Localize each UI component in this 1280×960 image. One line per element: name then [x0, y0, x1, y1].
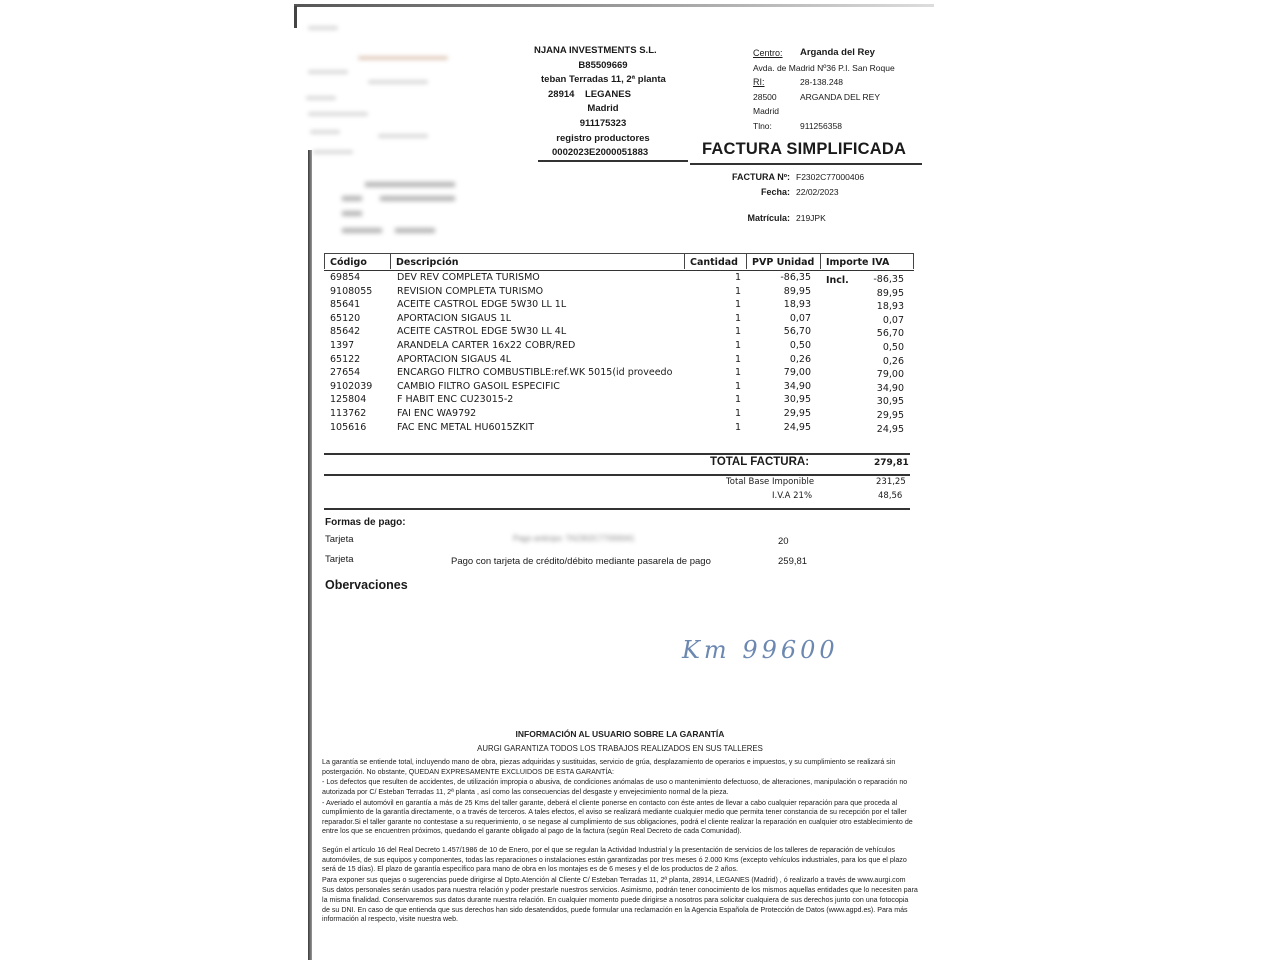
centro-phone: 911256358 [800, 119, 842, 134]
scan-edge-top [294, 4, 934, 7]
item-quantity: 1 [719, 325, 741, 339]
total-rule-bottom [324, 474, 910, 476]
item-quantity: 1 [719, 271, 741, 285]
item-code: 1397 [330, 339, 354, 353]
guarantee-section: INFORMACIÓN AL USUARIO SOBRE LA GARANTÍA… [322, 730, 918, 926]
item-code: 27654 [330, 366, 360, 380]
item-code: 105616 [330, 421, 366, 435]
item-unit-price: 79,00 [749, 366, 811, 380]
item-unit-price: 24,95 [749, 421, 811, 435]
total-amount: 279,81 [874, 458, 909, 468]
item-description: CAMBIO FILTRO GASOIL ESPECIFIC [397, 380, 560, 394]
total-label: TOTAL FACTURA: [710, 456, 809, 468]
table-row: 9108055REVISION COMPLETA TURISMO189,9589… [324, 285, 914, 299]
company-block: NJANA INVESTMENTS S.L. B85509669 teban T… [538, 44, 668, 161]
totals-block: TOTAL FACTURA: 279,81 [324, 450, 914, 476]
item-description: ARANDELA CARTER 16x22 COBR/RED [397, 339, 575, 353]
payment-amount: 259,81 [778, 556, 807, 567]
handwritten-mileage-note: Km 99600 [682, 636, 839, 664]
item-description: REVISION COMPLETA TURISMO [397, 285, 543, 299]
centro-postal-code: 28500 [753, 90, 800, 105]
blurred-underlying-sheet [298, 8, 538, 158]
company-registry-label: registro productores [538, 132, 668, 147]
centro-ri: 28-138.248 [800, 75, 843, 90]
privacy-paragraph: Sus datos personales serán usados para n… [322, 886, 918, 924]
col-header-unit-price: PVP Unidad [746, 253, 820, 269]
item-code: 113762 [330, 407, 366, 421]
payment-description-redacted: Pago anticipo: TA2302C77000041 [513, 534, 635, 543]
payment-heading: Formas de pago: [325, 517, 825, 528]
item-unit-price: -86,35 [749, 271, 811, 285]
guarantee-paragraph: La garantía se entiende total, incluyend… [322, 758, 918, 777]
item-unit-price: 56,70 [749, 325, 811, 339]
item-unit-price: 0,07 [749, 312, 811, 326]
item-quantity: 1 [719, 380, 741, 394]
payment-row: Tarjeta Pago con tarjeta de crédito/débi… [325, 554, 825, 574]
tax-rule-bottom [324, 508, 910, 510]
table-row: 27654ENCARGO FILTRO COMBUSTIBLE:ref.WK 5… [324, 366, 914, 380]
item-quantity: 1 [719, 393, 741, 407]
centro-ri-label: RI: [753, 75, 800, 90]
table-row: 69854DEV REV COMPLETA TURISMO1-86,35-86,… [324, 271, 914, 285]
table-row: 85642ACEITE CASTROL EDGE 5W30 LL 4L156,7… [324, 325, 914, 339]
item-description: APORTACION SIGAUS 4L [397, 353, 511, 367]
customer-info-redacted [340, 180, 470, 240]
table-row: 65122APORTACION SIGAUS 4L10,260,26 [324, 353, 914, 367]
invoice-number-label: FACTURA Nº: [700, 170, 796, 185]
item-code: 65120 [330, 312, 360, 326]
company-cif: B85509669 [538, 59, 668, 74]
item-description: ENCARGO FILTRO COMBUSTIBLE:ref.WK 5015(i… [397, 366, 672, 380]
item-unit-price: 0,50 [749, 339, 811, 353]
centro-label: Centro: [753, 46, 800, 61]
observations-heading: Obervaciones [325, 578, 408, 592]
company-address: teban Terradas 11, 2ª planta [541, 73, 668, 88]
item-unit-price: 0,26 [749, 353, 811, 367]
plate-label: Matrícula: [700, 211, 796, 226]
company-registry-number: 0002023E2000051883 [552, 146, 668, 161]
table-row: 105616FAC ENC METAL HU6015ZKIT124,9524,9… [324, 421, 914, 435]
payment-description: Pago con tarjeta de crédito/débito media… [451, 556, 711, 567]
table-row: 65120APORTACION SIGAUS 1L10,070,07 [324, 312, 914, 326]
item-quantity: 1 [719, 366, 741, 380]
header-rule-left [538, 160, 688, 162]
item-quantity: 1 [719, 407, 741, 421]
payment-row: Tarjeta Pago anticipo: TA2302C77000041 2… [325, 534, 825, 554]
base-label: Total Base Imponible [726, 477, 814, 487]
tax-breakdown: Total Base Imponible 231,25 I.V.A 21% 48… [324, 477, 914, 505]
iva-label: I.V.A 21% [772, 491, 812, 501]
guarantee-title: INFORMACIÓN AL USUARIO SOBRE LA GARANTÍA [322, 730, 918, 740]
scan-edge-left [308, 150, 312, 960]
iva-amount: 48,56 [878, 491, 902, 501]
centro-block: Centro:Arganda del Rey Avda. de Madrid N… [753, 46, 895, 134]
guarantee-paragraph: - Averiado el automóvil en garantía a má… [322, 799, 918, 837]
payment-method: Tarjeta [325, 534, 354, 545]
complaints-paragraph: Para exponer sus quejas o sugerencias pu… [322, 876, 918, 886]
col-header-total: Importe IVA Incl. [820, 253, 914, 269]
col-header-quantity: Cantidad [684, 253, 746, 269]
guarantee-paragraph: Según el artículo 16 del Real Decreto 1.… [322, 846, 918, 875]
invoice-date-label: Fecha: [700, 185, 796, 200]
company-city: LEGANES [585, 89, 631, 100]
item-description: FAC ENC METAL HU6015ZKIT [397, 421, 534, 435]
table-row: 1397ARANDELA CARTER 16x22 COBR/RED10,500… [324, 339, 914, 353]
item-code: 125804 [330, 393, 366, 407]
centro-city: ARGANDA DEL REY [800, 90, 880, 105]
item-code: 69854 [330, 271, 360, 285]
plate-number: 219JPK [796, 211, 826, 226]
scan-edge-left-top [294, 6, 297, 28]
company-province: Madrid [538, 102, 668, 117]
company-city-line: 28914 LEGANES [548, 88, 668, 103]
item-description: F HABIT ENC CU23015-2 [397, 393, 513, 407]
centro-phone-label: Tlno: [753, 119, 800, 134]
document-title: FACTURA SIMPLIFICADA [702, 140, 906, 159]
item-code: 9102039 [330, 380, 372, 394]
item-quantity: 1 [719, 312, 741, 326]
item-code: 85642 [330, 325, 360, 339]
invoice-meta: FACTURA Nº:F2302C77000406 Fecha:22/02/20… [700, 170, 864, 226]
col-header-description: Descripción [390, 253, 684, 269]
item-quantity: 1 [719, 298, 741, 312]
item-quantity: 1 [719, 285, 741, 299]
payment-method: Tarjeta [325, 554, 354, 565]
item-total: 24,95 [834, 423, 904, 437]
item-unit-price: 30,95 [749, 393, 811, 407]
table-row: 113762FAI ENC WA9792129,9529,95 [324, 407, 914, 421]
payment-amount: 20 [778, 536, 789, 547]
item-quantity: 1 [719, 339, 741, 353]
guarantee-subtitle: AURGI GARANTIZA TODOS LOS TRABAJOS REALI… [322, 744, 918, 754]
item-description: ACEITE CASTROL EDGE 5W30 LL 4L [397, 325, 566, 339]
guarantee-paragraph: - Los defectos que resulten de accidente… [322, 778, 918, 797]
company-postal-code: 28914 [548, 89, 574, 100]
item-code: 65122 [330, 353, 360, 367]
items-table-header: Código Descripción Cantidad PVP Unidad I… [324, 250, 914, 271]
item-quantity: 1 [719, 421, 741, 435]
item-unit-price: 89,95 [749, 285, 811, 299]
title-underline [690, 163, 922, 165]
centro-name: Arganda del Rey [800, 46, 875, 61]
table-row: 85641ACEITE CASTROL EDGE 5W30 LL 1L118,9… [324, 298, 914, 312]
item-unit-price: 18,93 [749, 298, 811, 312]
company-phone: 911175323 [538, 117, 668, 132]
item-quantity: 1 [719, 353, 741, 367]
payment-block: Formas de pago: Tarjeta Pago anticipo: T… [325, 517, 825, 574]
item-code: 85641 [330, 298, 360, 312]
item-description: ACEITE CASTROL EDGE 5W30 LL 1L [397, 298, 566, 312]
table-row: 125804F HABIT ENC CU23015-2130,9530,95 [324, 393, 914, 407]
invoice-number: F2302C77000406 [796, 170, 864, 185]
col-header-code: Código [324, 253, 390, 269]
base-amount: 231,25 [876, 477, 906, 487]
centro-address: Avda. de Madrid Nº36 P.I. San Roque [753, 61, 895, 76]
centro-province: Madrid [753, 104, 779, 119]
table-row: 9102039CAMBIO FILTRO GASOIL ESPECIFIC134… [324, 380, 914, 394]
item-description: FAI ENC WA9792 [397, 407, 476, 421]
scanned-invoice-page: NJANA INVESTMENTS S.L. B85509669 teban T… [0, 0, 1280, 960]
item-unit-price: 34,90 [749, 380, 811, 394]
items-table-body: 69854DEV REV COMPLETA TURISMO1-86,35-86,… [324, 271, 914, 434]
company-name: NJANA INVESTMENTS S.L. [534, 44, 668, 59]
item-unit-price: 29,95 [749, 407, 811, 421]
item-code: 9108055 [330, 285, 372, 299]
invoice-date: 22/02/2023 [796, 185, 839, 200]
item-description: APORTACION SIGAUS 1L [397, 312, 511, 326]
items-table: Código Descripción Cantidad PVP Unidad I… [324, 250, 914, 434]
item-description: DEV REV COMPLETA TURISMO [397, 271, 540, 285]
